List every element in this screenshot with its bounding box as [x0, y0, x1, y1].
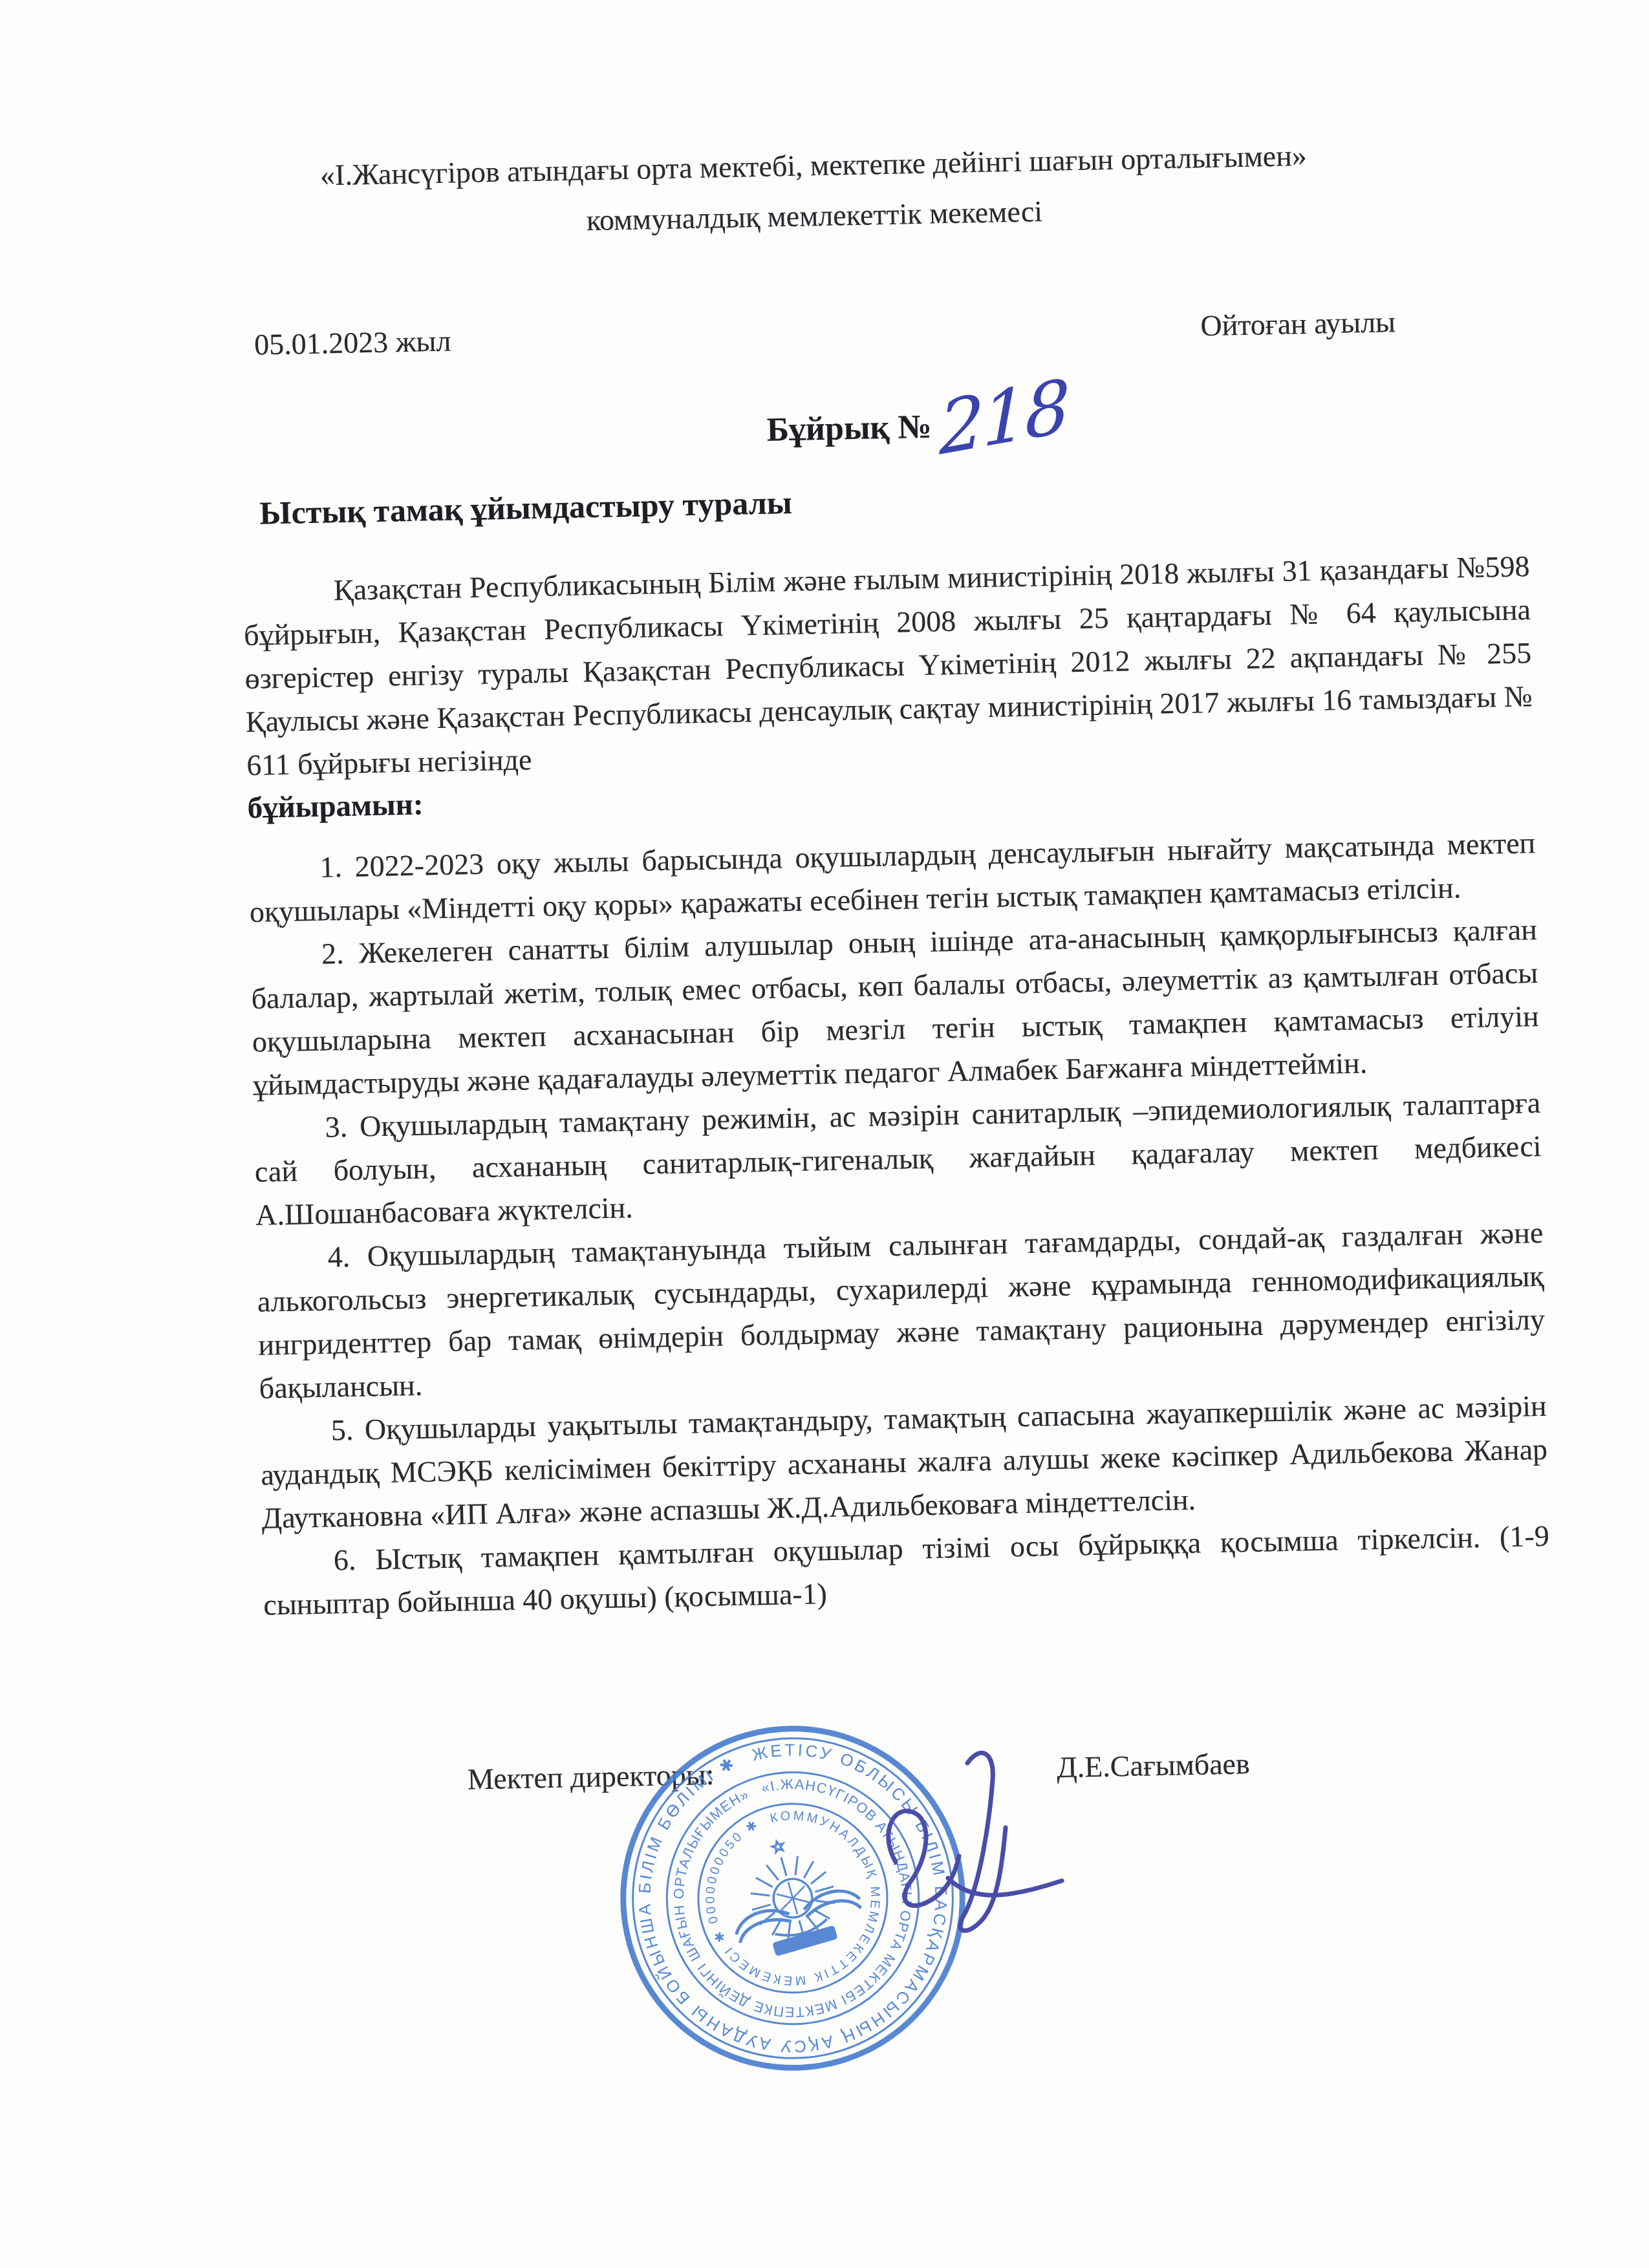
scanned-order-document: «І.Жансүгіров атындағы орта мектебі, мек… — [0, 0, 1649, 2268]
order-subject: Ыстық тамақ ұйымдастыру туралы — [241, 468, 1529, 533]
order-items: 1. 2022-2023 оқу жылы барысында оқушылар… — [248, 821, 1551, 1627]
order-item-3: 3. Оқушылардың тамақтану режимін, ас мәз… — [253, 1081, 1543, 1237]
org-name-line-2: коммуналдық мемлекеттік мекемесі — [235, 186, 1394, 246]
order-item-2: 2. Жекелеген санатты білім алушылар оның… — [250, 908, 1540, 1107]
org-name-line-1: «І.Жансүгіров атындағы орта мектебі, мек… — [232, 0, 1392, 195]
order-number-handwritten: 218 — [939, 378, 1068, 460]
order-label: Бұйрық № — [766, 409, 932, 449]
order-preamble: Қазақстан Республикасының Білім және ғыл… — [242, 544, 1533, 787]
order-title-row: Бұйрық № 218 — [336, 373, 1495, 458]
order-place: Ойтоған ауылы — [1200, 304, 1396, 344]
director-signature-icon — [834, 1723, 1093, 1988]
document-body: «І.Жансүгіров атындағы орта мектебі, мек… — [232, 0, 1554, 1802]
date-place-row: 05.01.2023 жыл Ойтоған ауылы — [238, 301, 1525, 363]
order-item-4: 4. Оқушылардың тамақтануында тыйым салын… — [256, 1211, 1546, 1410]
order-item-5: 5. Оқушыларды уақытылы тамақтандыру, там… — [259, 1384, 1549, 1540]
order-date: 05.01.2023 жыл — [254, 323, 451, 363]
